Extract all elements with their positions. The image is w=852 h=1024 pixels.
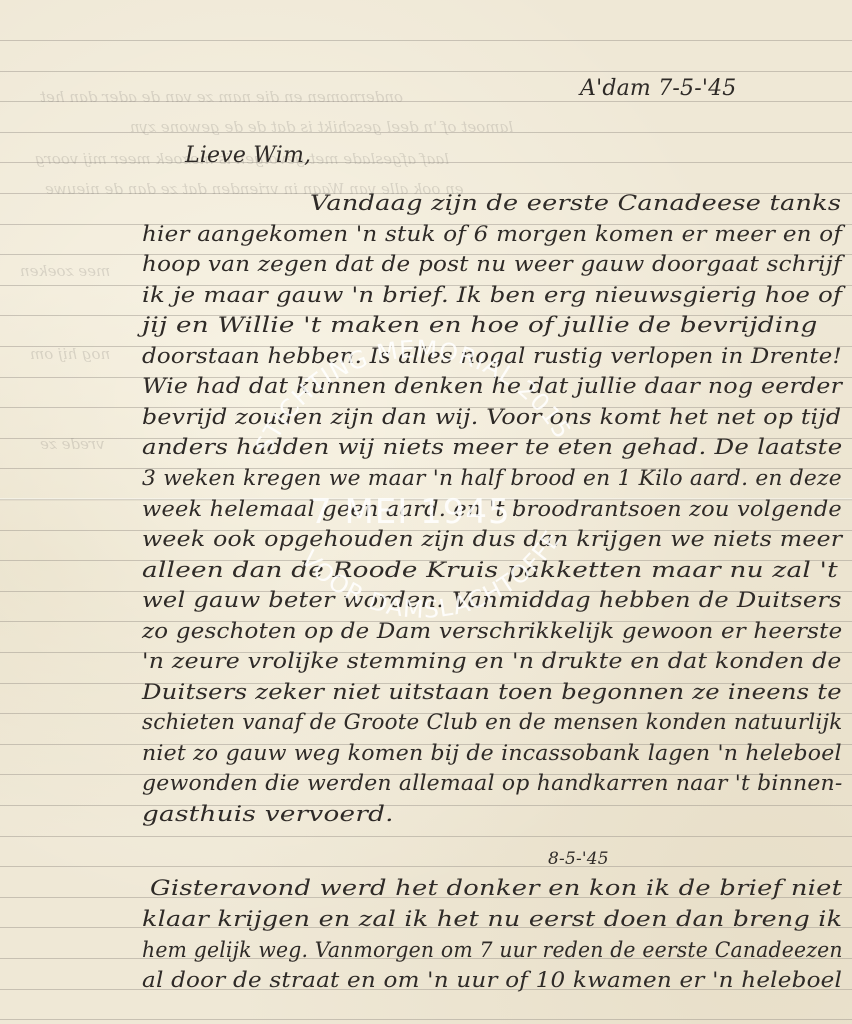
letter-line: gasthuis vervoerd. [142, 804, 394, 825]
letter-line: al door de straat en om 'n uur of 10 kwa… [142, 970, 842, 991]
ruled-line [0, 805, 852, 806]
letter-line: week ook opgehouden zijn dus dan krijgen… [142, 529, 842, 550]
letter-line: 'n zeure vrolijke stemming en 'n drukte … [142, 651, 842, 672]
letter-line: hoop van zegen dat de post nu weer gauw … [142, 254, 842, 275]
letter-line: niet zo gauw weg komen bij de incassoban… [142, 743, 842, 764]
letter-line: schieten vanaf de Groote Club en de mens… [142, 712, 843, 733]
ruled-line [0, 71, 852, 72]
letter-line: doorstaan hebben. Is alles nogal rustig … [142, 346, 842, 367]
ruled-line [0, 866, 852, 867]
ruled-line [0, 40, 852, 41]
letter-line: jij en Willie 't maken en hoe of jullie … [142, 315, 818, 336]
letter-line: 3 weken kregen we maar 'n half brood en … [142, 468, 842, 489]
ruled-line [0, 1019, 852, 1020]
letter-line: Vandaag zijn de eerste Canadeese tanks [310, 193, 841, 214]
letter-line: week helemaal geen aard. en 't broodrant… [142, 499, 842, 520]
letter-line: bevrijd zouden zijn dan wij. Voor ons ko… [142, 407, 841, 428]
ruled-line [0, 836, 852, 837]
second-date: 8-5-'45 [548, 851, 609, 868]
letter-line: wel gauw beter worden. Vanmiddag hebben … [142, 590, 842, 611]
letter-line: gewonden die werden allemaal op handkarr… [142, 773, 843, 794]
letter-line: ik je maar gauw 'n brief. Ik ben erg nie… [142, 285, 842, 306]
letter-line: Wie had dat kunnen denken he dat jullie … [142, 376, 842, 397]
letter-salutation: Lieve Wim, [185, 145, 311, 167]
letter-line: hier aangekomen 'n stuk of 6 morgen kome… [142, 224, 842, 245]
letter-line: alleen dan de Roode Kruis pakketten maar… [142, 560, 838, 581]
letter-date: A'dam 7-5-'45 [580, 78, 737, 100]
letter-line: hem gelijk weg. Vanmorgen om 7 uur reden… [142, 940, 843, 961]
letter-line: anders hadden wij niets meer te eten geh… [142, 437, 842, 458]
letter-line: Gisteravond werd het donker en kon ik de… [150, 878, 842, 899]
letter-line: zo geschoten op de Dam verschrikkelijk g… [142, 621, 842, 642]
letter-line: Duitsers zeker niet uitstaan toen begonn… [142, 682, 842, 703]
letter-line: klaar krijgen en zal ik het nu eerst doe… [142, 909, 842, 930]
